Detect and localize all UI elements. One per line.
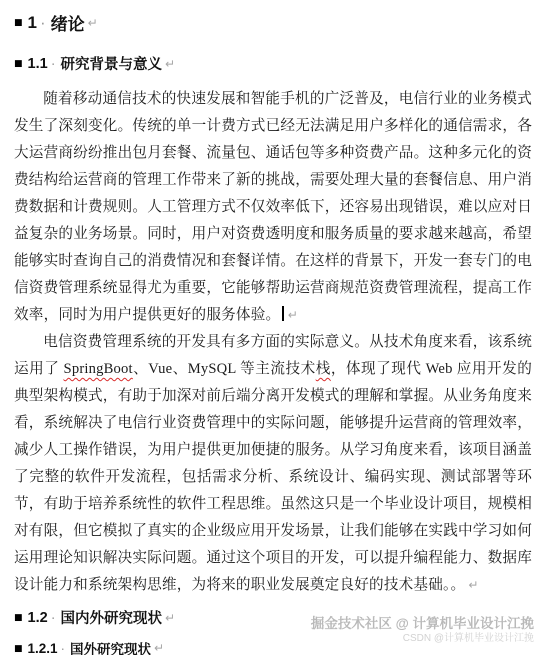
space-formatting-mark: · bbox=[51, 610, 56, 626]
heading-number: 1.2 bbox=[28, 610, 48, 626]
paragraph-text-run: 电信资费管理系统的开发具有多方面的实际意义。从技术角度来看，该系统运用了 Spr… bbox=[14, 334, 532, 593]
space-formatting-mark: · bbox=[61, 641, 66, 655]
heading-title: 绪论 bbox=[51, 10, 85, 35]
heading-section-1-1: ■ 1.1 · 研究背景与意义 ↵ bbox=[14, 53, 532, 74]
space-formatting-mark: · bbox=[40, 13, 46, 33]
space-formatting-mark: · bbox=[51, 56, 56, 72]
heading-number: 1.2.1 bbox=[28, 641, 58, 655]
heading-title: 国外研究现状 bbox=[70, 638, 151, 655]
paragraph-end-mark-icon: ↵ bbox=[288, 308, 298, 322]
body-paragraph-1[interactable]: 随着移动通信技术的快速发展和智能手机的广泛普及，电信行业的业务模式发生了深刻变化… bbox=[14, 86, 532, 329]
heading-title: 研究背景与意义 bbox=[61, 53, 163, 74]
text-run: ，体现了现代 Web 应用开发的典型架构模式，有助于加深对前后端分离开发模式的理… bbox=[14, 361, 532, 593]
text-run: 随着移动通信技术的快速发展和智能手机的广泛普及，电信行业的业务模式发生了深刻变化… bbox=[14, 91, 532, 323]
paragraph-text-run: 随着移动通信技术的快速发展和智能手机的广泛普及，电信行业的业务模式发生了深刻变化… bbox=[14, 91, 532, 323]
heading-title: 国内外研究现状 bbox=[61, 607, 163, 628]
document-page: ■ 1 · 绪论 ↵ ■ 1.1 · 研究背景与意义 ↵ 随着移动通信技术的快速… bbox=[0, 0, 540, 655]
paragraph-end-mark-icon: ↵ bbox=[468, 578, 478, 592]
keep-with-next-mark-icon: ■ bbox=[14, 60, 23, 69]
paragraph-end-mark-icon: ↵ bbox=[165, 611, 175, 625]
body-paragraph-2[interactable]: 电信资费管理系统的开发具有多方面的实际意义。从技术角度来看，该系统运用了 Spr… bbox=[14, 329, 532, 599]
heading-section-1-2-1: ■ 1.2.1 · 国外研究现状 ↵ bbox=[14, 638, 532, 655]
paragraph-end-mark-icon: ↵ bbox=[88, 16, 98, 30]
keep-with-next-mark-icon: ■ bbox=[14, 645, 23, 654]
keep-with-next-mark-icon: ■ bbox=[14, 19, 23, 28]
keep-with-next-mark-icon: ■ bbox=[14, 614, 23, 623]
misspelled-word: 栈 bbox=[316, 361, 331, 377]
heading-section-1-2: ■ 1.2 · 国内外研究现状 ↵ bbox=[14, 607, 532, 628]
paragraph-end-mark-icon: ↵ bbox=[165, 57, 175, 71]
misspelled-word: SpringBoot bbox=[64, 361, 133, 377]
paragraph-end-mark-icon: ↵ bbox=[154, 641, 164, 655]
text-cursor bbox=[282, 306, 284, 321]
heading-number: 1 bbox=[28, 13, 37, 33]
heading-chapter-1: ■ 1 · 绪论 ↵ bbox=[14, 10, 532, 35]
text-run: 、Vue、MySQL 等主流技术 bbox=[133, 361, 316, 377]
heading-number: 1.1 bbox=[28, 56, 48, 72]
